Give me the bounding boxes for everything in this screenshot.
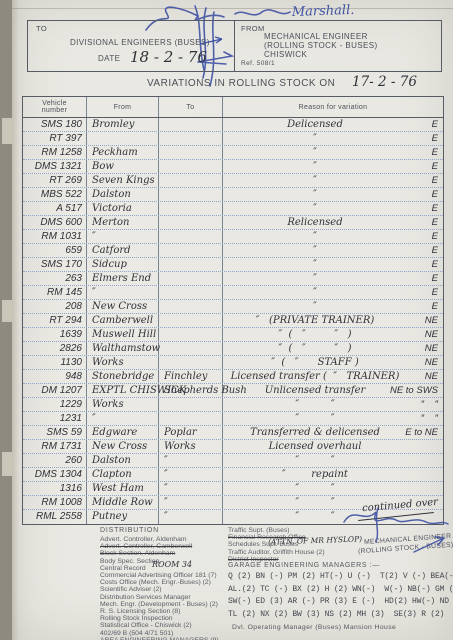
status-code: ″ ″ xyxy=(421,398,438,411)
reason-cell: ″ E xyxy=(223,202,443,215)
reason-cell: Relicensed E xyxy=(223,216,443,229)
vehicle-number: 1130 xyxy=(23,356,86,369)
reason-for-variation: ″ xyxy=(229,286,401,299)
from-location: EXPTL CHISWICK xyxy=(87,384,158,397)
status-code: E xyxy=(432,132,438,145)
to-cell xyxy=(159,118,223,131)
vehicle-number: RM 1731 xyxy=(23,440,86,453)
garage-code-line: SW(-) ED (3) AR (-) PR (3) E (-) HD(2) H… xyxy=(228,596,453,609)
to-cell xyxy=(159,314,223,327)
reason-cell: Licensed transfer ( ″ TRAINER) NE xyxy=(223,370,443,383)
table-header-row: Vehicle number From To Reason for variat… xyxy=(23,97,443,118)
to-cell: ″ xyxy=(159,496,223,509)
vehicle-number: RML 2558 xyxy=(23,510,86,523)
from-location: Victoria xyxy=(87,202,158,215)
reason-cell: ″ (PRIVATE TRAINER) NE xyxy=(223,314,443,327)
address-header-box: TO DIVISIONAL ENGINEERS (BUSES) DATE 18 … xyxy=(27,20,442,72)
table-row: 1130 Works ″ ( ″ STAFF ) NE xyxy=(23,356,443,370)
distribution-item: Commercial Advertising Officer 181 (7) xyxy=(100,572,230,579)
reason-for-variation: ″ ″ xyxy=(229,412,401,425)
from-cell: Works xyxy=(87,356,159,369)
from-location: Seven Kings xyxy=(87,174,158,187)
table-body: SMS 180 Bromley Delicensed E xyxy=(23,118,443,524)
table-row: RT 294 Camberwell ″ (PRIVATE TRAINER) NE xyxy=(23,314,443,328)
status-code: E xyxy=(432,258,438,271)
garage-codes-block: Q (2) BN (-) PM (2) HT(-) U (-) T(2) V (… xyxy=(228,571,453,621)
reason-cell: ″ E xyxy=(223,300,443,313)
variations-table: Vehicle number From To Reason for variat… xyxy=(22,96,444,525)
reason-cell: ″ E xyxy=(223,188,443,201)
from-cell: Muswell Hill xyxy=(87,328,159,341)
vehicle-number-cell: 1316 xyxy=(23,482,87,495)
reason-cell: ″ E xyxy=(223,146,443,159)
vehicle-number-cell: RM 1258 xyxy=(23,146,87,159)
from-location: West Ham xyxy=(87,482,158,495)
from-cell: Dalston xyxy=(87,188,159,201)
to-location: Shepherds Bush xyxy=(159,384,222,397)
reason-cell: ″ E xyxy=(223,132,443,145)
from-location: Works xyxy=(87,356,158,369)
to-cell xyxy=(159,258,223,271)
reason-for-variation: Licensed transfer ( ″ TRAINER) xyxy=(229,370,401,383)
from-cell: Peckham xyxy=(87,146,159,159)
table-row: DMS 1304 Clapton ″ ″ repaint xyxy=(23,468,443,482)
table-row: RT 397 ″ E xyxy=(23,132,443,146)
reason-for-variation: ″ repaint xyxy=(229,468,401,481)
table-row: SMS 170 Sidcup ″ E xyxy=(23,258,443,272)
reason-cell: Unlicensed transfer NE to SWS xyxy=(223,384,443,397)
to-cell xyxy=(159,244,223,257)
vehicle-number: RM 1031 xyxy=(23,230,86,243)
vehicle-number-cell: DMS 600 xyxy=(23,216,87,229)
table-row: DMS 1321 Bow ″ E xyxy=(23,160,443,174)
to-location: Finchley xyxy=(159,370,222,383)
page-title-date: 17- 2 - 76 xyxy=(352,74,417,90)
from-location: Merton xyxy=(87,216,158,229)
reason-for-variation: ″ ( ″ ″ ) xyxy=(229,328,401,341)
vehicle-number-cell: RM 1031 xyxy=(23,230,87,243)
from-cell: ″ xyxy=(87,412,159,425)
from-location: Dalston xyxy=(87,188,158,201)
status-code: E xyxy=(432,286,438,299)
reason-for-variation: ″ xyxy=(229,258,401,271)
to-cell xyxy=(159,412,223,425)
vehicle-number: RM 1008 xyxy=(23,496,86,509)
table-row: DMS 600 Merton Relicensed E xyxy=(23,216,443,230)
to-cell xyxy=(159,132,223,145)
status-code: NE xyxy=(425,314,438,327)
from-location: ″ xyxy=(87,230,158,243)
reason-cell: Delicensed E xyxy=(223,118,443,131)
vehicle-number: 208 xyxy=(23,300,86,313)
vehicle-number: RT 269 xyxy=(23,174,86,187)
garage-code-line: Q (2) BN (-) PM (2) HT(-) U (-) T(2) V (… xyxy=(228,571,453,584)
table-row: RM 1731 New Cross Works Licensed overhau… xyxy=(23,440,443,454)
status-code: NE xyxy=(425,370,438,383)
vehicle-number-cell: 263 xyxy=(23,272,87,285)
vehicle-number-cell: DMS 1321 xyxy=(23,160,87,173)
column-header-to: To xyxy=(159,97,223,117)
table-row: A 517 Victoria ″ E xyxy=(23,202,443,216)
vehicle-number-cell: SMS 180 xyxy=(23,118,87,131)
column-header-from: From xyxy=(87,97,159,117)
from-line-1: MECHANICAL ENGINEER xyxy=(264,32,368,41)
reason-cell: ″ ( ″ ″ ) NE xyxy=(223,328,443,341)
status-code: E xyxy=(432,216,438,229)
status-code: NE to SWS xyxy=(390,384,438,397)
distribution-item: Mech. Engr. (Development - Buses) (2) xyxy=(100,601,230,608)
to-cell xyxy=(159,342,223,355)
reason-for-variation: ″ xyxy=(229,244,401,257)
vehicle-number-cell: 1231 xyxy=(23,412,87,425)
vehicle-number: 659 xyxy=(23,244,86,257)
from-cell: Merton xyxy=(87,216,159,229)
reason-for-variation: ″ ″ xyxy=(229,398,401,411)
table-row: 263 Elmers End ″ E xyxy=(23,272,443,286)
vehicle-number: DMS 1304 xyxy=(23,468,86,481)
to-cell xyxy=(159,272,223,285)
vehicle-number-cell: DM 1207 xyxy=(23,384,87,397)
reason-for-variation: ″ xyxy=(229,230,401,243)
tape-mark xyxy=(2,300,12,322)
status-code: ″ ″ xyxy=(421,412,438,425)
vehicle-number: RT 294 xyxy=(23,314,86,327)
from-cell: Elmers End xyxy=(87,272,159,285)
from-location: Bow xyxy=(87,160,158,173)
from-location: Dalston xyxy=(87,454,158,467)
to-cell: Finchley xyxy=(159,370,223,383)
from-cell: Walthamstow xyxy=(87,342,159,355)
status-code: E xyxy=(432,118,438,131)
vehicle-number-cell: SMS 59 xyxy=(23,426,87,439)
vehicle-number: 1316 xyxy=(23,482,86,495)
vehicle-number-cell: RT 397 xyxy=(23,132,87,145)
to-location: ″ xyxy=(159,496,222,509)
reason-cell: ″ ″ xyxy=(223,482,443,495)
scanned-document: Marshall. TO DIVISIONAL ENGINEERS (BUSES… xyxy=(0,0,453,640)
to-location: ″ xyxy=(159,468,222,481)
from-cell: EXPTL CHISWICK xyxy=(87,384,159,397)
reason-cell: ″ E xyxy=(223,160,443,173)
from-location: Catford xyxy=(87,244,158,257)
vehicle-number-cell: SMS 170 xyxy=(23,258,87,271)
distribution-item: Distribution Services Manager xyxy=(100,594,230,601)
vehicle-number-cell: 2826 xyxy=(23,342,87,355)
vehicle-number: 2826 xyxy=(23,342,86,355)
vehicle-number-cell: RM 1731 xyxy=(23,440,87,453)
from-location: ″ xyxy=(87,412,158,425)
vehicle-number: 1229 xyxy=(23,398,86,411)
distribution-item: Costs Office (Mech. Engr.-Buses) (2) xyxy=(100,579,230,586)
distribution-item: Block Section, Aldenham xyxy=(100,550,230,557)
from-cell: West Ham xyxy=(87,482,159,495)
page-title: VARIATIONS IN ROLLING STOCK ON xyxy=(147,78,335,89)
vehicle-number-cell: 948 xyxy=(23,370,87,383)
column-header-reason: Reason for variation xyxy=(223,97,443,117)
vehicle-number: SMS 180 xyxy=(23,118,86,131)
from-location: Middle Row xyxy=(87,496,158,509)
operating-manager-line: Dvl. Operating Manager (Buses) Mansion H… xyxy=(232,624,396,631)
status-code: E xyxy=(432,174,438,187)
to-cell: Works xyxy=(159,440,223,453)
distribution-item: Rolling Stock Inspection xyxy=(100,615,230,622)
to-cell xyxy=(159,356,223,369)
from-location: Edgware xyxy=(87,426,158,439)
reason-cell: ″ E xyxy=(223,258,443,271)
reason-cell: ″ repaint xyxy=(223,468,443,481)
from-cell: ″ xyxy=(87,286,159,299)
to-location: ″ xyxy=(159,482,222,495)
to-cell xyxy=(159,174,223,187)
vehicle-number-cell: 1639 xyxy=(23,328,87,341)
status-code: NE xyxy=(425,328,438,341)
status-code: E xyxy=(432,146,438,159)
status-code: E xyxy=(432,202,438,215)
table-row: 260 Dalston ″ ″ ″ xyxy=(23,454,443,468)
table-row: SMS 59 Edgware Poplar Transferred & deli… xyxy=(23,426,443,440)
vehicle-number: 263 xyxy=(23,272,86,285)
vehicle-number-cell: 659 xyxy=(23,244,87,257)
reason-for-variation: Transferred & delicensed xyxy=(229,426,401,439)
to-cell xyxy=(159,146,223,159)
vehicle-number: 948 xyxy=(23,370,86,383)
to-cell: Shepherds Bush xyxy=(159,384,223,397)
to-cell xyxy=(159,286,223,299)
status-code: E xyxy=(432,230,438,243)
reason-cell: ″ ″ ″ ″ xyxy=(223,398,443,411)
from-location: Works xyxy=(87,398,158,411)
vehicle-number-cell: 208 xyxy=(23,300,87,313)
from-location: Camberwell xyxy=(87,314,158,327)
distribution-item: Scientific Adviser (2) xyxy=(100,586,230,593)
vehicle-number: 260 xyxy=(23,454,86,467)
reason-for-variation: Licensed overhaul xyxy=(229,440,401,453)
reason-cell: Transferred & delicensed E to NE xyxy=(223,426,443,439)
svg-text:Marshall.: Marshall. xyxy=(291,3,355,20)
to-location: Poplar xyxy=(159,426,222,439)
vehicle-number-cell: RML 2558 xyxy=(23,510,87,524)
reason-for-variation: Relicensed xyxy=(229,216,401,229)
to-cell xyxy=(159,216,223,229)
header-divider xyxy=(234,21,235,71)
from-location: Bromley xyxy=(87,118,158,131)
table-row: SMS 180 Bromley Delicensed E xyxy=(23,118,443,132)
from-cell: Catford xyxy=(87,244,159,257)
reason-cell: ″ ( ″ STAFF ) NE xyxy=(223,356,443,369)
to-cell xyxy=(159,328,223,341)
status-code: E to NE xyxy=(405,426,438,439)
table-row: RT 269 Seven Kings ″ E xyxy=(23,174,443,188)
reason-for-variation: ″ xyxy=(229,300,401,313)
to-cell xyxy=(159,300,223,313)
vehicle-number: DMS 600 xyxy=(23,216,86,229)
reason-for-variation: ″ xyxy=(229,272,401,285)
to-location: Works xyxy=(159,440,222,453)
status-code: NE xyxy=(425,356,438,369)
reason-cell: ″ ″ xyxy=(223,454,443,467)
vehicle-number: SMS 170 xyxy=(23,258,86,271)
status-code: NE xyxy=(425,342,438,355)
from-line-3: CHISWICK xyxy=(264,50,307,59)
status-code: E xyxy=(432,300,438,313)
garage-managers-title: GARAGE ENGINEERING MANAGERS :— xyxy=(228,562,380,569)
distribution-item: Advert. Controller, Aldenham xyxy=(100,536,230,543)
distribution-item: R. S. Licensing Section (8) xyxy=(100,608,230,615)
from-location: Stonebridge xyxy=(87,370,158,383)
room-note: ROOM 34 xyxy=(152,560,192,569)
from-cell: ″ xyxy=(87,230,159,243)
table-row: 1231 ″ ″ ″ ″ ″ xyxy=(23,412,443,426)
distribution-title: DISTRIBUTION xyxy=(100,527,159,534)
reason-cell: ″ ″ ″ ″ xyxy=(223,412,443,425)
reason-cell: ″ E xyxy=(223,174,443,187)
to-location: ″ xyxy=(159,510,222,523)
from-location: New Cross xyxy=(87,440,158,453)
vehicle-number: 1639 xyxy=(23,328,86,341)
to-cell: ″ xyxy=(159,482,223,495)
from-cell: Clapton xyxy=(87,468,159,481)
status-code: E xyxy=(432,244,438,257)
from-location: Clapton xyxy=(87,468,158,481)
distribution-item: Advert. Controller, Camberwell xyxy=(100,543,230,550)
vehicle-number-cell: 1229 xyxy=(23,398,87,411)
distribution-item: 402/69 B (504 4/71 501) xyxy=(100,630,230,637)
reason-for-variation: ″ ″ xyxy=(229,482,401,495)
to-cell xyxy=(159,230,223,243)
vehicle-number-cell: 260 xyxy=(23,454,87,467)
from-cell: Middle Row xyxy=(87,496,159,509)
pen-arrow-icon xyxy=(198,35,226,47)
table-row: 659 Catford ″ E xyxy=(23,244,443,258)
from-cell: Putney xyxy=(87,510,159,524)
from-cell xyxy=(87,132,159,145)
table-row: RM 1258 Peckham ″ E xyxy=(23,146,443,160)
reason-for-variation: ″ ″ xyxy=(229,454,401,467)
to-cell xyxy=(159,188,223,201)
reason-for-variation: Delicensed xyxy=(229,118,401,131)
from-cell: Victoria xyxy=(87,202,159,215)
table-row: 1316 West Ham ″ ″ ″ xyxy=(23,482,443,496)
vehicle-number: SMS 59 xyxy=(23,426,86,439)
to-cell xyxy=(159,202,223,215)
vehicle-number: RT 397 xyxy=(23,132,86,145)
reason-for-variation: ″ xyxy=(229,188,401,201)
to-cell: ″ xyxy=(159,468,223,481)
from-line-2: (ROLLING STOCK - BUSES) xyxy=(264,41,378,50)
tape-mark xyxy=(2,452,12,476)
from-location: Elmers End xyxy=(87,272,158,285)
from-cell: New Cross xyxy=(87,300,159,313)
reason-for-variation: ″ xyxy=(229,160,401,173)
vehicle-number: RM 145 xyxy=(23,286,86,299)
from-location: ″ xyxy=(87,286,158,299)
table-row: 948 Stonebridge Finchley Licensed transf… xyxy=(23,370,443,384)
reason-for-variation: ″ xyxy=(229,132,401,145)
from-location: Muswell Hill xyxy=(87,328,158,341)
date-handwritten: 18 - 2 - 76 xyxy=(130,48,207,66)
reason-for-variation: ″ xyxy=(229,174,401,187)
status-code: E xyxy=(432,160,438,173)
from-cell: Seven Kings xyxy=(87,174,159,187)
to-location: ″ xyxy=(159,454,222,467)
table-row: 1639 Muswell Hill ″ ( ″ ″ ) NE xyxy=(23,328,443,342)
vehicle-number-cell: MBS 522 xyxy=(23,188,87,201)
reason-cell: ″ ( ″ ″ ) NE xyxy=(223,342,443,355)
column-header-vehicle: Vehicle number xyxy=(23,97,87,117)
vehicle-number: DM 1207 xyxy=(23,384,86,397)
garage-code-line: AL.(2) TC (-) BX (2) H (2) WN(-) W(-) NB… xyxy=(228,584,453,597)
vehicle-number-cell: DMS 1304 xyxy=(23,468,87,481)
reason-cell: ″ E xyxy=(223,244,443,257)
from-cell: Sidcup xyxy=(87,258,159,271)
vehicle-number: MBS 522 xyxy=(23,188,86,201)
from-location: Sidcup xyxy=(87,258,158,271)
to-recipient: DIVISIONAL ENGINEERS (BUSES) xyxy=(70,38,210,47)
from-cell: Edgware xyxy=(87,426,159,439)
vehicle-number-cell: 1130 xyxy=(23,356,87,369)
from-cell: New Cross xyxy=(87,440,159,453)
from-location: Walthamstow xyxy=(87,342,158,355)
to-cell: Poplar xyxy=(159,426,223,439)
status-code: E xyxy=(432,272,438,285)
vehicle-number: A 517 xyxy=(23,202,86,215)
from-cell: Bow xyxy=(87,160,159,173)
vehicle-number: RM 1258 xyxy=(23,146,86,159)
ref-number: Ref. 508/1 xyxy=(241,60,275,67)
from-location: Peckham xyxy=(87,146,158,159)
reason-for-variation: ″ ( ″ ″ ) xyxy=(229,342,401,355)
reason-for-variation: Unlicensed transfer xyxy=(229,384,401,397)
reason-for-variation: ″ (PRIVATE TRAINER) xyxy=(229,314,401,327)
vehicle-number-cell: A 517 xyxy=(23,202,87,215)
distribution-item: Statistical Office - Chiswick (2) xyxy=(100,622,230,629)
table-row: RM 145 ″ ″ E xyxy=(23,286,443,300)
table-row: 2826 Walthamstow ″ ( ″ ″ ) NE xyxy=(23,342,443,356)
status-code: E xyxy=(432,188,438,201)
tape-mark xyxy=(2,118,12,144)
vehicle-number-cell: RT 269 xyxy=(23,174,87,187)
vehicle-number-cell: RM 145 xyxy=(23,286,87,299)
distribution-left-list: Advert. Controller, Aldenham Advert. Con… xyxy=(100,536,230,640)
vehicle-number: DMS 1321 xyxy=(23,160,86,173)
from-cell: Dalston xyxy=(87,454,159,467)
reason-cell: ″ E xyxy=(223,272,443,285)
to-cell xyxy=(159,160,223,173)
vehicle-number-cell: RT 294 xyxy=(23,314,87,327)
from-location: New Cross xyxy=(87,300,158,313)
from-location: Putney xyxy=(87,510,158,523)
from-cell: Stonebridge xyxy=(87,370,159,383)
reason-for-variation: ″ xyxy=(229,146,401,159)
table-row: DM 1207 EXPTL CHISWICK Shepherds Bush Un… xyxy=(23,384,443,398)
vehicle-number-cell: RM 1008 xyxy=(23,496,87,509)
to-cell: ″ xyxy=(159,454,223,467)
reason-cell: ″ E xyxy=(223,286,443,299)
to-cell: ″ xyxy=(159,510,223,524)
from-cell: Works xyxy=(87,398,159,411)
reason-cell: ″ E xyxy=(223,230,443,243)
reason-for-variation: ″ xyxy=(229,202,401,215)
table-row: RM 1031 ″ ″ E xyxy=(23,230,443,244)
garage-code-line: TL (2) NX (2) BW (3) NS (2) MH (3) SE(3)… xyxy=(228,609,453,622)
date-label: DATE xyxy=(98,54,120,63)
from-label: FROM xyxy=(241,24,265,33)
from-cell: Camberwell xyxy=(87,314,159,327)
reason-for-variation: ″ ( ″ STAFF ) xyxy=(229,356,401,369)
table-row: MBS 522 Dalston ″ E xyxy=(23,188,443,202)
vehicle-number: 1231 xyxy=(23,412,86,425)
reason-cell: Licensed overhaul xyxy=(223,440,443,453)
